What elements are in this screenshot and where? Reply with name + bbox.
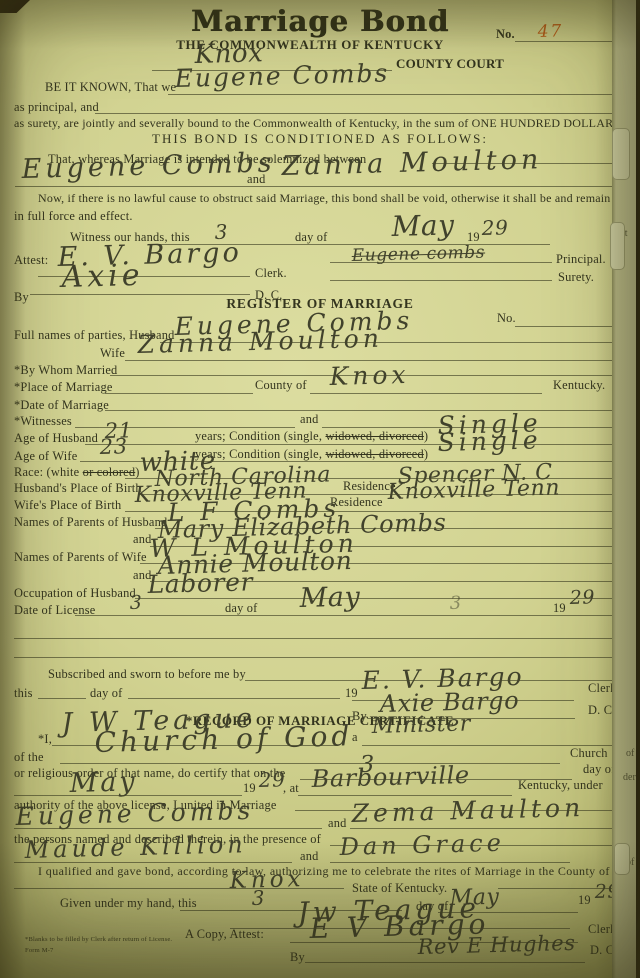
church-name-handwritten: Church of God xyxy=(94,719,354,759)
footer-form-number: Form M-7 xyxy=(25,947,54,954)
ruled-line xyxy=(14,795,242,796)
day-of-label-bond: day of xyxy=(295,230,328,245)
void-clause: Now, if there is no lawful cause to obst… xyxy=(38,191,611,205)
ruled-line xyxy=(305,962,585,963)
ruled-line xyxy=(245,680,622,681)
condition-pre-text: years; Condition (single, xyxy=(195,429,322,443)
county-court-label: COUNTY COURT xyxy=(396,56,504,72)
principal-name-handwritten: Eugene Combs xyxy=(174,58,389,93)
ruled-line xyxy=(330,845,627,846)
ruled-line xyxy=(362,745,627,746)
ruled-line xyxy=(105,410,627,411)
kentucky-under-label: Kentucky, under xyxy=(518,778,603,793)
cert-county-value: Knox xyxy=(229,866,304,894)
condition-struck-text-wife: widowed, divorced xyxy=(325,447,423,461)
day-of-label-sworn: day of xyxy=(90,686,123,701)
ruled-line xyxy=(168,94,627,95)
and-label-witnesses: and xyxy=(300,849,319,864)
age-wife-value: 23 xyxy=(99,434,128,459)
ruled-line xyxy=(230,928,570,929)
register-no-label: No. xyxy=(497,311,516,326)
clerk-label-bond: Clerk. xyxy=(255,266,287,281)
kentucky-label: Kentucky. xyxy=(553,378,605,393)
race-line: Race: (white or colored) xyxy=(14,465,140,480)
ruled-line xyxy=(85,444,627,445)
ruled-line xyxy=(38,698,86,699)
and-label-bond: and xyxy=(247,172,266,187)
ruled-line xyxy=(322,427,627,428)
page-tab xyxy=(614,843,630,875)
witness-month-handwritten: May xyxy=(391,208,455,243)
ruled-line xyxy=(128,698,340,699)
footer-note: *Blanks to be filled by Clerk after retu… xyxy=(25,936,172,943)
ruled-line xyxy=(60,763,560,764)
race-struck-text: or colored xyxy=(83,465,136,479)
page-tab xyxy=(612,128,630,180)
wife-residence-value: Knoxville Tenn xyxy=(387,475,560,505)
given-day-value: 3 xyxy=(251,886,265,910)
ruled-line xyxy=(352,700,574,701)
ruled-line xyxy=(368,718,575,719)
ruled-line xyxy=(14,638,627,639)
condition-wife-line: years; Condition (single, widowed, divor… xyxy=(195,447,428,462)
ruled-line xyxy=(110,375,627,376)
year-prefix-sworn: 19 xyxy=(345,686,358,701)
wife-birth-label: Wife's Place of Birth xyxy=(14,498,121,513)
by-label-cert: By xyxy=(290,950,305,965)
ruled-line xyxy=(15,186,627,187)
ruled-line xyxy=(330,262,552,263)
i-label: *I, xyxy=(38,732,52,747)
ruled-line xyxy=(75,427,295,428)
of-the-label: of the xyxy=(14,750,44,765)
void-clause-cont: in full force and effect. xyxy=(14,209,133,224)
license-day-value: 3 xyxy=(129,592,142,614)
ruled-line xyxy=(330,862,570,863)
place-of-marriage-label: *Place of Marriage xyxy=(14,380,113,395)
book-edge-shadow xyxy=(636,0,640,978)
edge-fragment-2: of xyxy=(626,748,634,759)
no-label: No. xyxy=(496,27,515,42)
witness-year-handwritten: 29 xyxy=(481,215,508,240)
year-prefix-given: 19 xyxy=(578,893,591,908)
ruled-line xyxy=(160,342,627,343)
license-day-repeat-value: 3 xyxy=(449,593,462,614)
ruled-line xyxy=(14,888,344,889)
day-of-label-license: day of xyxy=(225,601,258,616)
husband-birth-label: Husband's Place of Birth xyxy=(14,481,142,496)
qualified-clause: I qualified and gave bond, according to … xyxy=(38,864,610,878)
ruled-line xyxy=(155,528,627,529)
ruled-line xyxy=(152,70,392,71)
age-wife-label: Age of Wife xyxy=(14,449,77,464)
by-whom-married-label: *By Whom Married xyxy=(14,363,117,378)
ruled-line xyxy=(135,598,627,599)
scanned-marriage-bond-document: Marriage Bond No. 47 THE COMMONWEALTH OF… xyxy=(0,0,640,978)
ruled-line xyxy=(300,779,572,780)
this-label: this xyxy=(14,686,33,701)
wife-label: Wife xyxy=(100,346,125,361)
ruled-line xyxy=(38,276,250,277)
occupation-value: Laborer xyxy=(147,567,253,599)
paper: Marriage Bond No. 47 THE COMMONWEALTH OF… xyxy=(0,0,640,978)
document-title: Marriage Bond xyxy=(120,4,520,38)
deputy-signature-cert: Rev E Hughes xyxy=(417,931,576,959)
ruled-line xyxy=(180,910,402,911)
subscribed-label: Subscribed and sworn to before me by xyxy=(48,667,246,682)
ruled-line xyxy=(14,657,627,658)
given-clause: Given under my hand, this xyxy=(60,896,197,911)
bond-number-value: 47 xyxy=(537,21,563,42)
and-label-cert: and xyxy=(328,816,347,831)
ruled-line xyxy=(125,478,627,479)
certify-clause: or religious order of that name, do cert… xyxy=(14,766,285,781)
commonwealth-heading: THE COMMONWEALTH OF KENTUCKY xyxy=(130,37,490,53)
as-principal-label: as principal, and xyxy=(14,100,99,115)
year-prefix-cert: 19 xyxy=(243,781,256,796)
edge-fragment-3: der xyxy=(623,772,636,783)
church-label: Church xyxy=(570,746,608,761)
county-of-label: County of xyxy=(255,378,307,393)
surety-label: Surety. xyxy=(558,270,594,285)
year-prefix-license: 19 xyxy=(553,601,566,616)
race-pre-text: Race: (white xyxy=(14,465,79,479)
ruled-line xyxy=(80,461,622,462)
principal-label: Principal. xyxy=(556,252,606,267)
condition-post-text-wife: ) xyxy=(424,447,428,461)
at-label: , at xyxy=(283,781,299,796)
ruled-line xyxy=(14,828,322,829)
ruled-line xyxy=(52,745,338,746)
day-of-label-cert: day of xyxy=(583,762,616,777)
ruled-line xyxy=(515,326,622,327)
page-tab xyxy=(610,222,625,270)
ruled-line xyxy=(160,244,550,245)
condition-wife-value: Single xyxy=(437,425,542,457)
attest-label: Attest: xyxy=(14,253,48,268)
ruled-line xyxy=(298,795,512,796)
groom-name-handwritten: Eugene Combs xyxy=(21,147,276,185)
ruled-line xyxy=(498,888,627,889)
witnesses-label: *Witnesses xyxy=(14,414,72,429)
ruled-line xyxy=(350,828,627,829)
parents-husband-label: Names of Parents of Husband xyxy=(14,515,167,530)
ruled-line xyxy=(438,912,578,913)
parents-wife-label: Names of Parents of Wife xyxy=(14,550,147,565)
witness1-handwritten: Maude Killion xyxy=(24,830,247,864)
occupation-label: Occupation of Husband xyxy=(14,586,136,601)
copy-attest-label: A Copy, Attest: xyxy=(185,927,264,942)
conditioned-heading: THIS BOND IS CONDITIONED AS FOLLOWS: xyxy=(110,131,530,147)
condition-post-text: ) xyxy=(424,429,428,443)
ruled-line xyxy=(105,393,253,394)
ruled-line xyxy=(14,862,292,863)
surety-clause: as surety, are jointly and severally bou… xyxy=(14,116,620,130)
witnesses-and-label: and xyxy=(300,412,319,427)
ruled-line xyxy=(140,494,627,495)
ruled-line xyxy=(125,360,627,361)
by-label-bond: By xyxy=(14,290,29,305)
ruled-line xyxy=(140,563,627,564)
ruled-line xyxy=(30,294,250,295)
date-of-marriage-label: *Date of Marriage xyxy=(14,398,109,413)
cert-groom-name: Eugene Combs xyxy=(15,796,254,831)
condition-struck-text: widowed, divorced xyxy=(325,429,423,443)
ruled-line xyxy=(432,163,627,164)
ruled-line xyxy=(75,615,627,616)
ruled-line xyxy=(125,511,627,512)
ruled-line xyxy=(150,546,627,547)
ruled-line xyxy=(95,113,627,114)
condition-husband-line: years; Condition (single, widowed, divor… xyxy=(195,429,428,444)
be-it-known-label: BE IT KNOWN, That we xyxy=(45,80,176,95)
cert-year-value: 29 xyxy=(258,767,285,792)
ruled-line xyxy=(295,810,627,811)
cert-place-value: Barbourville xyxy=(311,761,470,793)
ruled-line xyxy=(515,41,622,42)
minister-title-handwritten: Minister xyxy=(371,711,471,739)
ruled-line xyxy=(290,942,578,943)
ruled-line xyxy=(330,280,552,281)
ruled-line xyxy=(150,581,627,582)
ruled-line xyxy=(310,393,542,394)
